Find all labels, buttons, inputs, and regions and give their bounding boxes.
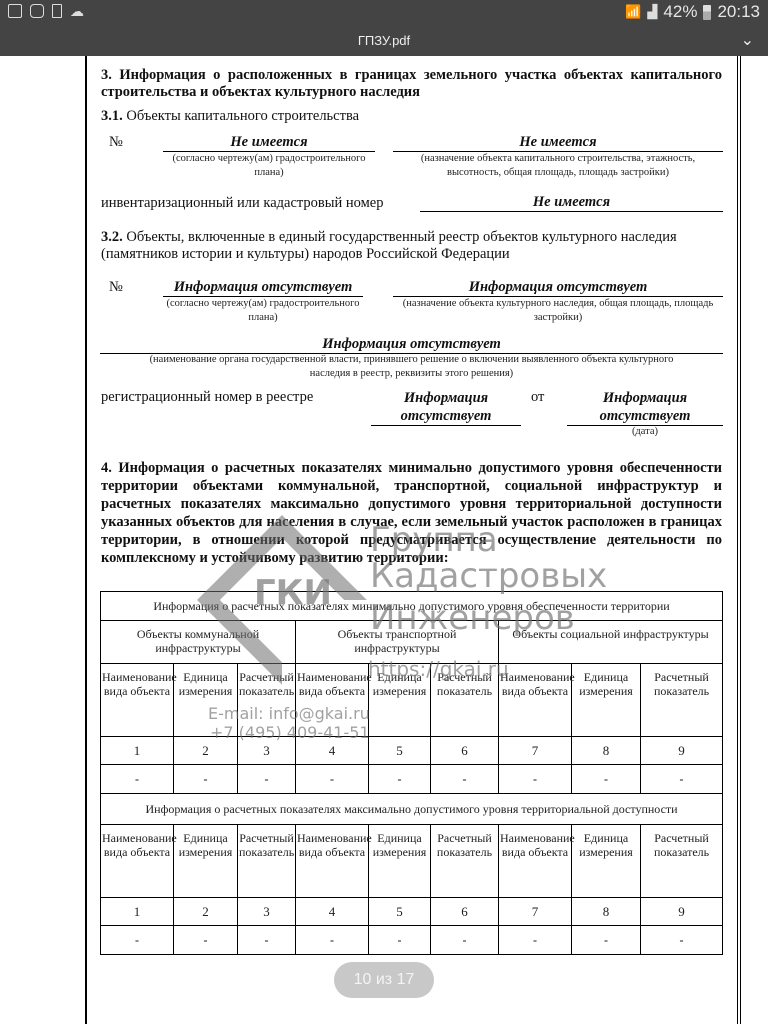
column-header-row: Наименование вида объекта Единица измере… [101,664,723,737]
wifi-icon: 📶 [625,4,641,20]
table-row: 1 2 3 4 5 6 7 8 9 [101,898,723,926]
column-header: Расчетный показатель [238,664,296,737]
column-number: 9 [641,737,723,765]
column-header: Расчетный показатель [431,664,499,737]
column-header: Единица измерения [572,825,641,898]
column-number: 5 [369,737,431,765]
column-header: Наименование вида объекта [101,825,174,898]
field-value: Информация отсутствует [393,279,723,297]
field-value: Не имеется [163,134,375,152]
column-number: 1 [101,898,174,926]
column-header: Наименование вида объекта [499,825,572,898]
cell-value: - [174,926,238,955]
column-header: Наименование вида объекта [101,664,174,737]
battery-icon [703,5,711,20]
cell-value: - [174,765,238,794]
column-number: 8 [572,737,641,765]
section-number: 3.2. [101,229,123,245]
column-header: Расчетный показатель [641,664,723,737]
number-sign: № [109,279,123,296]
indicators-table: Информация о расчетных показателях миним… [100,591,723,955]
column-header: Единица измерения [174,664,238,737]
cell-value: - [431,926,499,955]
gallery-icon [8,4,22,18]
column-number: 8 [572,898,641,926]
column-number: 7 [499,898,572,926]
section-number: 3.1. [101,108,123,124]
cell-value: - [499,765,572,794]
battery-percent: 42% [663,2,697,22]
column-header: Единица измерения [369,825,431,898]
cell-value: - [499,926,572,955]
column-number: 4 [296,898,369,926]
column-number: 9 [641,898,723,926]
section-4-title: 4. Информация о расчетных показателях ми… [101,459,722,567]
field-caption: (наименование органа государственной вла… [140,353,683,381]
date-caption: (дата) [567,425,723,439]
column-header: Наименование вида объекта [296,664,369,737]
section-text: Объекты, включенные в единый государстве… [101,229,677,262]
device-check-icon [52,4,62,18]
column-number: 3 [238,898,296,926]
column-header: Единица измерения [369,664,431,737]
field-caption: (согласно чертежу(ам) градостроительного… [163,297,363,325]
from-label: от [531,389,544,406]
table-caption-min: Информация о расчетных показателях миним… [101,592,723,621]
section-3-2-title: 3.2. Объекты, включенные в единый госуда… [101,229,722,263]
field-caption: (назначение объекта капитального строите… [393,152,723,180]
inventory-label: инвентаризационный или кадастровый номер [101,195,384,212]
chevron-down-icon[interactable]: ⌄ [741,30,754,50]
table-caption-max: Информация о расчетных показателях макси… [101,794,723,825]
cell-value: - [641,926,723,955]
field-caption: (согласно чертежу(ам) градостроительного… [163,152,375,180]
column-header: Расчетный показатель [238,825,296,898]
column-number: 6 [431,737,499,765]
column-number: 5 [369,898,431,926]
column-number: 3 [238,737,296,765]
cell-value: - [641,765,723,794]
date-value: Информация отсутствует [567,389,723,426]
cell-value: - [296,765,369,794]
current-page: 10 [354,971,372,988]
total-pages: 17 [397,971,415,988]
column-number: 2 [174,737,238,765]
cell-value: - [431,765,499,794]
cell-value: - [572,765,641,794]
column-header: Наименование вида объекта [499,664,572,737]
column-number: 2 [174,898,238,926]
weather-icon: ☁ [70,4,84,18]
column-header: Единица измерения [174,825,238,898]
column-header: Расчетный показатель [641,825,723,898]
inventory-value: Не имеется [420,194,723,212]
page-right-border [737,56,741,1024]
table-row: 1 2 3 4 5 6 7 8 9 [101,737,723,765]
registry-label: регистрационный номер в реестре [101,389,313,406]
column-number: 6 [431,898,499,926]
cell-value: - [101,765,174,794]
field-value: Не имеется [393,134,723,152]
field-caption: (назначение объекта культурного наследия… [393,297,723,325]
cell-value: - [369,765,431,794]
document-title: ГПЗУ.pdf [0,33,768,48]
section-text: Объекты капитального строительства [123,108,359,124]
cell-value: - [572,926,641,955]
field-value: Информация отсутствует [100,336,723,354]
section-3-1-title: 3.1. Объекты капитального строительства [101,108,722,125]
cell-value: - [101,926,174,955]
column-header: Расчетный показатель [431,825,499,898]
page-indicator: 10 из 17 [334,962,434,998]
cell-value: - [238,765,296,794]
column-header: Единица измерения [572,664,641,737]
column-number: 7 [499,737,572,765]
cell-value: - [369,926,431,955]
group-header: Объекты транспортной инфраструктуры [296,621,499,664]
clock: 20:13 [717,2,760,22]
table-caption-row: Информация о расчетных показателях макси… [101,794,723,825]
status-bar: ☁ 📶 ▟ 42% 20:13 [0,0,768,26]
table-row: - - - - - - - - - [101,765,723,794]
title-bar: ГПЗУ.pdf ⌄ [0,26,768,56]
column-number: 4 [296,737,369,765]
group-header: Объекты коммунальной инфраструктуры [101,621,296,664]
group-row: Объекты коммунальной инфраструктуры Объе… [101,621,723,664]
table-caption-row: Информация о расчетных показателях миним… [101,592,723,621]
registry-value: Информация отсутствует [371,389,521,426]
number-sign: № [109,134,123,151]
column-header: Наименование вида объекта [296,825,369,898]
group-header: Объекты социальной инфраструктуры [499,621,723,664]
email-icon [30,4,44,18]
table-row: - - - - - - - - - [101,926,723,955]
field-value: Информация отсутствует [163,279,363,297]
cell-value: - [238,926,296,955]
page-separator: из [376,971,392,988]
column-number: 1 [101,737,174,765]
section-3-title: 3. Информация о расположенных в границах… [101,67,722,101]
column-header-row: Наименование вида объекта Единица измере… [101,825,723,898]
signal-icon: ▟ [647,4,657,20]
cell-value: - [296,926,369,955]
